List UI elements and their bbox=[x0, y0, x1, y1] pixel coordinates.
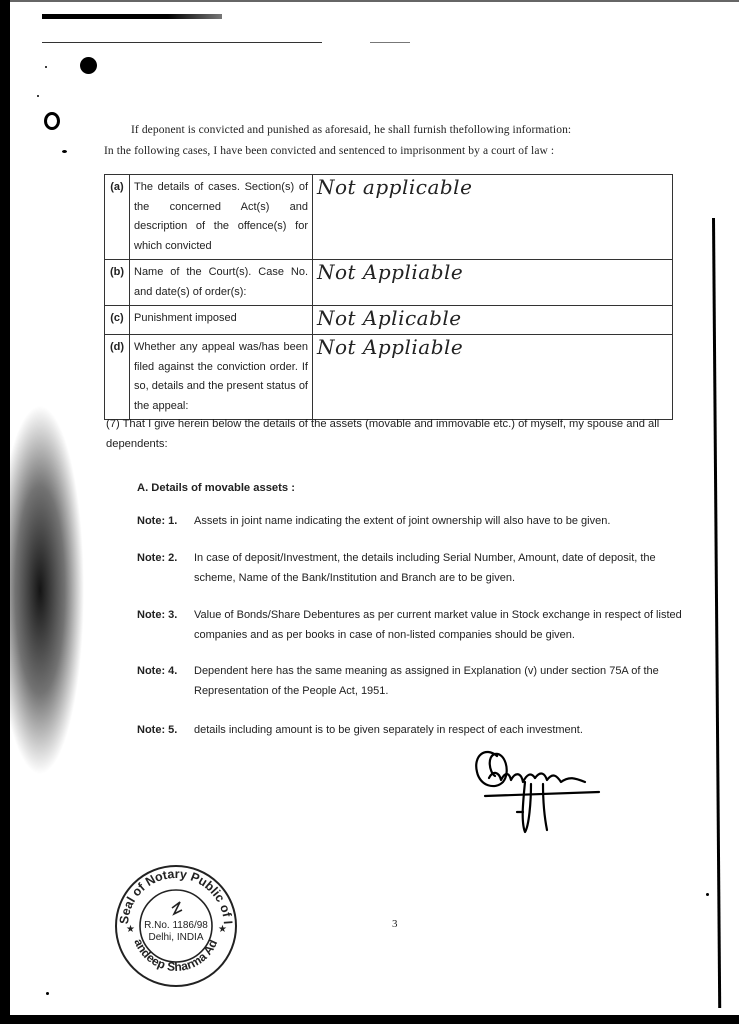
scan-speck bbox=[45, 66, 47, 68]
note-text: Assets in joint name indicating the exte… bbox=[194, 511, 682, 531]
table-row: (a) The details of cases. Section(s) of … bbox=[105, 175, 673, 260]
punch-ring-icon bbox=[44, 112, 60, 130]
row-answer-handwritten: Not Aplicable bbox=[313, 306, 673, 335]
row-answer-handwritten: Not Appliable bbox=[313, 260, 673, 306]
star-icon: ★ bbox=[218, 924, 227, 935]
scan-border-bottom bbox=[0, 1015, 739, 1024]
row-description: Punishment imposed bbox=[130, 306, 313, 335]
note-label: Note: 4. bbox=[137, 661, 194, 701]
row-label: (b) bbox=[105, 260, 130, 306]
seal-outer-text: The Seal of Notary Public of India bbox=[112, 862, 235, 925]
note-label: Note: 1. bbox=[137, 511, 194, 531]
note-text: details including amount is to be given … bbox=[194, 720, 682, 740]
convictions-table: (a) The details of cases. Section(s) of … bbox=[104, 174, 673, 420]
scan-mark bbox=[370, 42, 410, 43]
note-5: Note: 5. details including amount is to … bbox=[137, 720, 682, 740]
row-description: Whether any appeal was/has been filed ag… bbox=[130, 335, 313, 420]
note-2: Note: 2. In case of deposit/Investment, … bbox=[137, 548, 682, 588]
note-text: Dependent here has the same meaning as a… bbox=[194, 661, 682, 701]
scan-speck bbox=[46, 992, 49, 995]
seal-reg-no: R.No. 1186/98 bbox=[144, 920, 208, 931]
scan-border-left bbox=[0, 0, 10, 1024]
svg-text:The Seal of Notary Public of I: The Seal of Notary Public of India bbox=[112, 862, 235, 925]
row-description: The details of cases. Section(s) of the … bbox=[130, 175, 313, 260]
intro-line-1: If deponent is convicted and punished as… bbox=[131, 124, 571, 136]
page-number: 3 bbox=[392, 918, 398, 930]
row-label: (c) bbox=[105, 306, 130, 335]
note-3: Note: 3. Value of Bonds/Share Debentures… bbox=[137, 605, 682, 645]
note-4: Note: 4. Dependent here has the same mea… bbox=[137, 661, 682, 701]
section-a-heading: A. Details of movable assets : bbox=[137, 482, 295, 494]
row-description: Name of the Court(s). Case No. and date(… bbox=[130, 260, 313, 306]
note-text: In case of deposit/Investment, the detai… bbox=[194, 548, 682, 588]
row-answer-handwritten: Not Appliable bbox=[313, 335, 673, 420]
intro-line-2: In the following cases, I have been conv… bbox=[104, 145, 554, 157]
table-row: (b) Name of the Court(s). Case No. and d… bbox=[105, 260, 673, 306]
table-row: (c) Punishment imposed Not Aplicable bbox=[105, 306, 673, 335]
scan-right-edge-line bbox=[712, 218, 721, 1008]
scan-speck bbox=[62, 150, 67, 153]
seal-place: Delhi, INDIA bbox=[148, 932, 203, 943]
note-label: Note: 5. bbox=[137, 720, 194, 740]
row-answer-handwritten: Not applicable bbox=[313, 175, 673, 260]
row-label: (d) bbox=[105, 335, 130, 420]
note-text: Value of Bonds/Share Debentures as per c… bbox=[194, 605, 682, 645]
paragraph-7: (7) That I give herein below the details… bbox=[106, 414, 681, 454]
signature-icon bbox=[465, 742, 605, 837]
note-label: Note: 2. bbox=[137, 548, 194, 588]
row-label: (a) bbox=[105, 175, 130, 260]
punch-hole-icon bbox=[80, 57, 97, 74]
note-1: Note: 1. Assets in joint name indicating… bbox=[137, 511, 682, 531]
table-row: (d) Whether any appeal was/has been file… bbox=[105, 335, 673, 420]
scan-mark bbox=[42, 14, 222, 19]
scan-speck bbox=[37, 95, 39, 97]
notary-seal-stamp: The Seal of Notary Public of India Sande… bbox=[112, 862, 240, 990]
star-icon: ★ bbox=[126, 924, 135, 935]
scan-border-top bbox=[10, 0, 739, 2]
scan-mark bbox=[42, 42, 322, 43]
note-label: Note: 3. bbox=[137, 605, 194, 645]
scan-speck bbox=[706, 893, 709, 896]
